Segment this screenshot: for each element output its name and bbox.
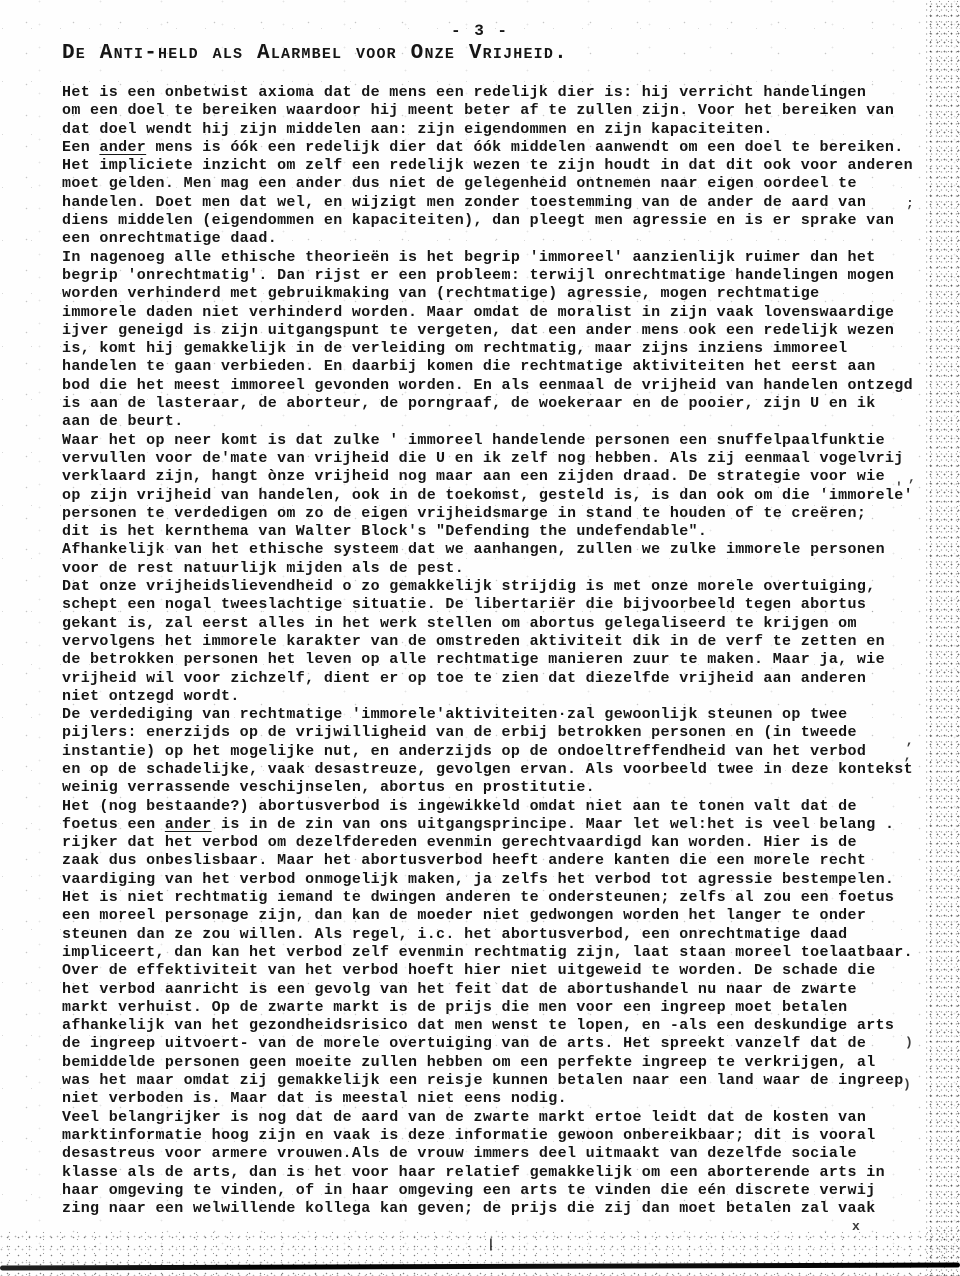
text-line: In nagenoeg alle ethische theorieën is h… — [62, 249, 922, 267]
text-line: immorele daden niet verhinderd worden. M… — [62, 304, 922, 322]
stray-scan-mark: ’ — [905, 741, 913, 756]
text-line: dit is het kernthema van Walter Block's … — [62, 523, 922, 541]
text-line: impliceert, dan kan het verbod zelf even… — [62, 944, 922, 962]
page-number: - 3 - — [0, 22, 960, 40]
text-line: klasse als de arts, dan is het voor haar… — [62, 1164, 922, 1182]
text-line: was het maar omdat zij gemakkelijk een r… — [62, 1072, 922, 1090]
stray-scan-mark: , — [908, 470, 916, 485]
text-line: handelen. Doet men dat wel, en wijzigt m… — [62, 194, 922, 212]
text-line: is, komt hij gemakkelijk in de verleidin… — [62, 340, 922, 358]
text-line: verklaard zijn, hangt ònze vrijheid nog … — [62, 468, 922, 486]
text-line: zaak dus onbeslisbaar. Maar het abortusv… — [62, 852, 922, 870]
text-line: een onrechtmatige daad. — [62, 230, 922, 248]
body-text: Het is een onbetwist axioma dat de mens … — [62, 84, 922, 1218]
text-line: De verdediging van rechtmatige 'immorele… — [62, 706, 922, 724]
text-line: worden verhinderd met gebruikmaking van … — [62, 285, 922, 303]
text-line: foetus een ander is in de zin van ons ui… — [62, 816, 922, 834]
document-title: De Anti-held als Alarmbel voor Onze Vrij… — [62, 42, 568, 65]
text-line: Het impliciete inzicht om zelf een redel… — [62, 157, 922, 175]
text-line: markt verhuist. Op de zwarte markt is de… — [62, 999, 922, 1017]
text-line: begrip 'onrechtmatig'. Dan rijst er een … — [62, 267, 922, 285]
text-line: bod die het meest immoreel gevonden word… — [62, 377, 922, 395]
text-line: voor de rest natuurlijk mijden als de pe… — [62, 560, 922, 578]
text-line: de betrokken personen het leven op alle … — [62, 651, 922, 669]
text-line: gekant is, zal eerst alles in het werk s… — [62, 615, 922, 633]
scanned-document-page: - 3 - De Anti-held als Alarmbel voor Onz… — [0, 0, 960, 1276]
text-line: vrijheid wil voor zichzelf, dient er op … — [62, 670, 922, 688]
stray-scan-mark: x — [852, 1219, 860, 1234]
stray-scan-mark: ' — [895, 480, 903, 495]
stray-scan-mark: ) — [903, 1077, 911, 1092]
text-line: Een ander mens is óók een redelijk dier … — [62, 139, 922, 157]
scan-bottom-line — [0, 1262, 960, 1270]
text-line: een moreel personage zijn, dan kan de mo… — [62, 907, 922, 925]
text-line: vervolgens het immorele karakter van de … — [62, 633, 922, 651]
text-line: haar omgeving te vinden, of in haar omge… — [62, 1182, 922, 1200]
text-line: vaardiging van het verbod onmogelijk mak… — [62, 871, 922, 889]
text-line: marktinformatie hoog zijn en vaak is dez… — [62, 1127, 922, 1145]
text-line: op zijn vrijheid van handelen, ook in de… — [62, 487, 922, 505]
text-line: Het is een onbetwist axioma dat de mens … — [62, 84, 922, 102]
text-line: Veel belangrijker is nog dat de aard van… — [62, 1109, 922, 1127]
text-line: ijver geneigd is zijn uitgangspunt te ve… — [62, 322, 922, 340]
text-line: en op de schadelijke, vaak desastreuze, … — [62, 761, 922, 779]
text-line: Afhankelijk van het ethische systeem dat… — [62, 541, 922, 559]
scan-edge-noise — [926, 0, 960, 1276]
text-line: personen te verdedigen om zo de eigen vr… — [62, 505, 922, 523]
text-line: de ingreep uitvoert- van de morele overt… — [62, 1035, 922, 1053]
text-line: pijlers: enerzijds op de vrijwilligheid … — [62, 724, 922, 742]
text-line: niet ontzegd wordt. — [62, 688, 922, 706]
text-line: diens middelen (eigendommen en kapacitei… — [62, 212, 922, 230]
text-line: Het is niet rechtmatig iemand te dwingen… — [62, 889, 922, 907]
text-line: niet verboden is. Maar dat is meestal ni… — [62, 1090, 922, 1108]
stray-scan-mark: | — [487, 1237, 495, 1252]
text-line: het verbod aanricht is een gevolg van he… — [62, 981, 922, 999]
text-line: Waar het op neer komt is dat zulke ' imm… — [62, 432, 922, 450]
text-line: dat doel wendt hij zijn middelen aan: zi… — [62, 121, 922, 139]
text-line: moet gelden. Men mag een ander dus niet … — [62, 175, 922, 193]
text-line: instantie) op het mogelijke nut, en ande… — [62, 743, 922, 761]
text-line: afhankelijk van het gezondheidsrisico da… — [62, 1017, 922, 1035]
text-line: schept een nogal tweeslachtige situatie.… — [62, 596, 922, 614]
text-line: handelen te gaan verbieden. En daarbij k… — [62, 358, 922, 376]
stray-scan-mark: ’ — [903, 756, 911, 771]
text-line: zing naar een welwillende kollega kan ge… — [62, 1200, 922, 1218]
text-line: Het (nog bestaande?) abortusverbod is in… — [62, 798, 922, 816]
text-line: steunen dan ze zou willen. Als regel, i.… — [62, 926, 922, 944]
text-line: aan de beurt. — [62, 413, 922, 431]
text-line: Over de effektiviteit van het verbod hoe… — [62, 962, 922, 980]
text-line: om een doel te bereiken waardoor hij mee… — [62, 102, 922, 120]
text-line: Dat onze vrijheidslievendheid o zo gemak… — [62, 578, 922, 596]
text-line: bemiddelde personen geen moeite zullen h… — [62, 1054, 922, 1072]
text-line: is aan de lasteraar, de aborteur, de por… — [62, 395, 922, 413]
stray-scan-mark: ; — [906, 196, 914, 211]
text-line: desastreus voor armere vrouwen.Als de vr… — [62, 1145, 922, 1163]
stray-scan-mark: ) — [905, 1035, 913, 1050]
text-line: weinig verrassende veschijnselen, abortu… — [62, 779, 922, 797]
text-line: vervullen voor de'mate van vrijheid die … — [62, 450, 922, 468]
text-line: rijker dat het verbod om dezelfdereden e… — [62, 834, 922, 852]
